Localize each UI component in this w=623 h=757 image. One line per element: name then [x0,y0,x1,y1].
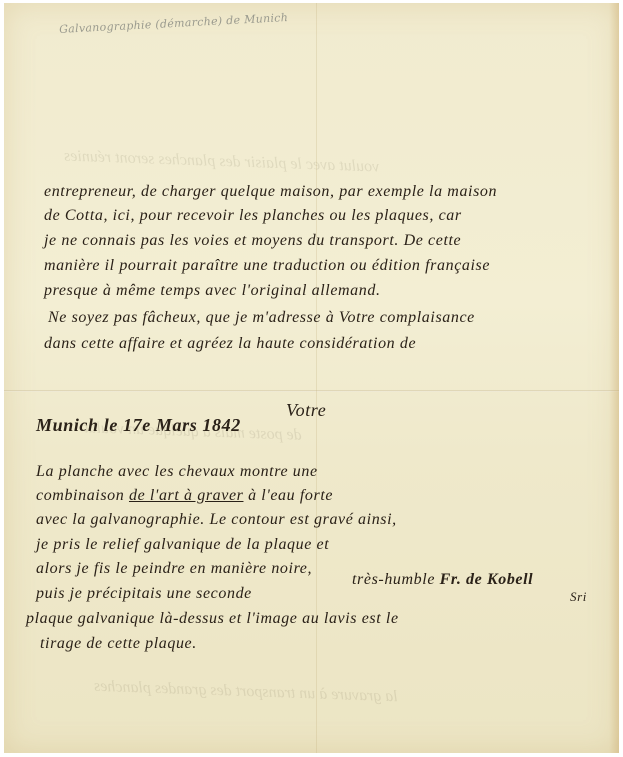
paper-edge-stain [609,3,619,753]
signature-name: Fr. de Kobell [440,571,534,588]
signature-suffix: Sri [570,589,587,605]
letter-line: presque à même temps avec l'original all… [44,282,381,300]
postscript-line: je pris le relief galvanique de la plaqu… [36,536,329,554]
letter-line: Ne soyez pas fâcheux, que je m'adresse à… [48,309,475,327]
pencil-annotation: Galvanographie (démarche) de Munich [59,11,289,36]
vertical-fold [316,3,317,753]
underlined-phrase: de l'art à graver [129,487,244,504]
signature-prefix: très-humble [352,571,435,588]
postscript-line: La planche avec les chevaux montre une [36,463,318,481]
postscript-line: alors je fis le peindre en manière noire… [36,560,312,578]
postscript-line: tirage de cette plaque. [40,635,197,653]
place-date: Munich le 17e Mars 1842 [36,415,241,436]
letter-line: dans cette affaire et agréez la haute co… [44,335,416,353]
postscript-word: à l'eau forte [248,487,333,504]
postscript-line: combinaison de l'art à graver à l'eau fo… [36,487,333,505]
postscript-line: plaque galvanique là-dessus et l'image a… [26,610,399,628]
letter-line: entrepreneur, de charger quelque maison,… [44,183,497,201]
letter-line: je ne connais pas les voies et moyens du… [44,232,461,250]
letter-line: de Cotta, ici, pour recevoir les planche… [44,207,462,225]
letter-line: manière il pourrait paraître une traduct… [44,257,490,275]
closing-word: Votre [286,400,326,421]
letter-page: voulut avec le plaisir des planches sero… [4,3,619,753]
signature-line: très-humble Fr. de Kobell [352,571,533,589]
bleed-through-text: la gravure à un transport des grandes pl… [94,678,398,707]
postscript-word: combinaison [36,487,124,504]
postscript-line: puis je précipitais une seconde [36,585,252,603]
bleed-through-text: voulut avec le plaisir des planches sero… [64,148,380,177]
postscript-line: avec la galvanographie. Le contour est g… [36,511,397,529]
horizontal-fold [4,390,619,392]
